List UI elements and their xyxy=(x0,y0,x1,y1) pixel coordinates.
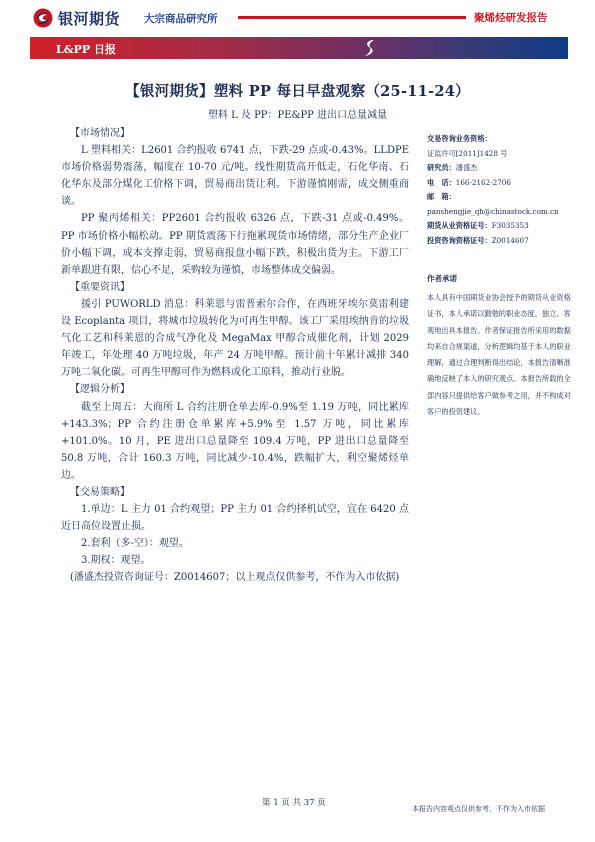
band-title: L&PP 日报 xyxy=(56,41,116,57)
qualification-label: 交易咨询业务资格： xyxy=(427,134,492,143)
advisory-cert-label: 投资咨询资格证号： xyxy=(427,236,492,245)
paragraph-news: 援引 PUWORLD 消息：科莱恩与雷普索尔合作，在西班牙埃尔莫雷利建设 Eco… xyxy=(61,296,409,381)
footer-note: 本报告内容观点仅供参考，不作为入市依据 xyxy=(412,804,545,814)
section-heading-market: 【市场情况】 xyxy=(61,125,409,142)
futures-cert-number: F3035353 xyxy=(492,221,529,230)
advisory-cert-number: Z0014607 xyxy=(492,236,529,245)
galaxy-logo-icon xyxy=(33,8,53,28)
header-divider xyxy=(238,16,466,19)
paragraph-market-pp: PP 聚丙烯相关：PP2601 合约报收 6326 点，下跌-31 点或-0.4… xyxy=(61,210,409,278)
page-subtitle: 塑料 L 及 PP：PE&PP 进出口总量减量 xyxy=(0,106,595,121)
swoosh-mark-icon xyxy=(360,38,380,58)
futures-cert-label: 期货从业资格证号： xyxy=(427,221,492,230)
researcher-name: 潘盛杰 xyxy=(456,163,478,172)
page-number: 第 1 页 共 37 页 xyxy=(262,796,326,808)
paragraph-logic: 截至上周五：大商所 L 合约注册仓单去库-0.9%至 1.19 万吨，同比累库+… xyxy=(61,399,409,484)
report-header: 银河期货 大宗商品研究所 聚烯烃研发报告 xyxy=(0,0,595,36)
section-heading-strategy: 【交易策略】 xyxy=(61,484,409,501)
phone-number: 166-2162-2706 xyxy=(456,178,511,187)
commitment-title: 作者承诺 xyxy=(427,273,457,284)
paragraph-market-l: L 塑料相关：L2601 合约报收 6741 点，下跌-29 点或-0.43%。… xyxy=(61,142,409,210)
email-label: 邮 箱： xyxy=(427,192,456,201)
strategy-arbitrage: 2.套利（多-空）：观望。 xyxy=(61,535,409,552)
page-title: 【银河期货】塑料 PP 每日早盘观察（25-11-24） xyxy=(0,80,595,101)
section-heading-logic: 【逻辑分析】 xyxy=(61,381,409,398)
report-body: 【市场情况】 L 塑料相关：L2601 合约报收 6741 点，下跌-29 点或… xyxy=(61,125,409,587)
commitment-text: 本人具有中国期货业协会授予的期货从业资格证书，本人承诺以勤勉的职业态度，独立、客… xyxy=(427,290,577,420)
brand-name: 银河期货 xyxy=(58,8,120,29)
analyst-info: 交易咨询业务资格： 证监许可[2011]1428 号 研究员：潘盛杰 电 话：1… xyxy=(427,132,577,248)
strategy-single: 1.单边：L 主力 01 合约观望；PP 主力 01 合约择机试空，宜在 642… xyxy=(61,501,409,535)
researcher-label: 研究员： xyxy=(427,163,456,172)
phone-label: 电 话： xyxy=(427,178,456,187)
qualification-value: 证监许可[2011]1428 号 xyxy=(427,149,507,158)
institute-name: 大宗商品研究所 xyxy=(144,11,218,26)
disclaimer-note: (潘盛杰投资咨询证号：Z0014607；以上观点仅供参考，不作为入市依据) xyxy=(61,569,409,586)
section-heading-news: 【重要资讯】 xyxy=(61,279,409,296)
strategy-options: 3.期权：观望。 xyxy=(61,552,409,569)
report-type: 聚烯烃研发报告 xyxy=(474,10,548,25)
report-band: L&PP 日报 xyxy=(30,37,568,59)
email-address[interactable]: panshengjie_qh@chinastock.com.cn xyxy=(427,207,559,216)
